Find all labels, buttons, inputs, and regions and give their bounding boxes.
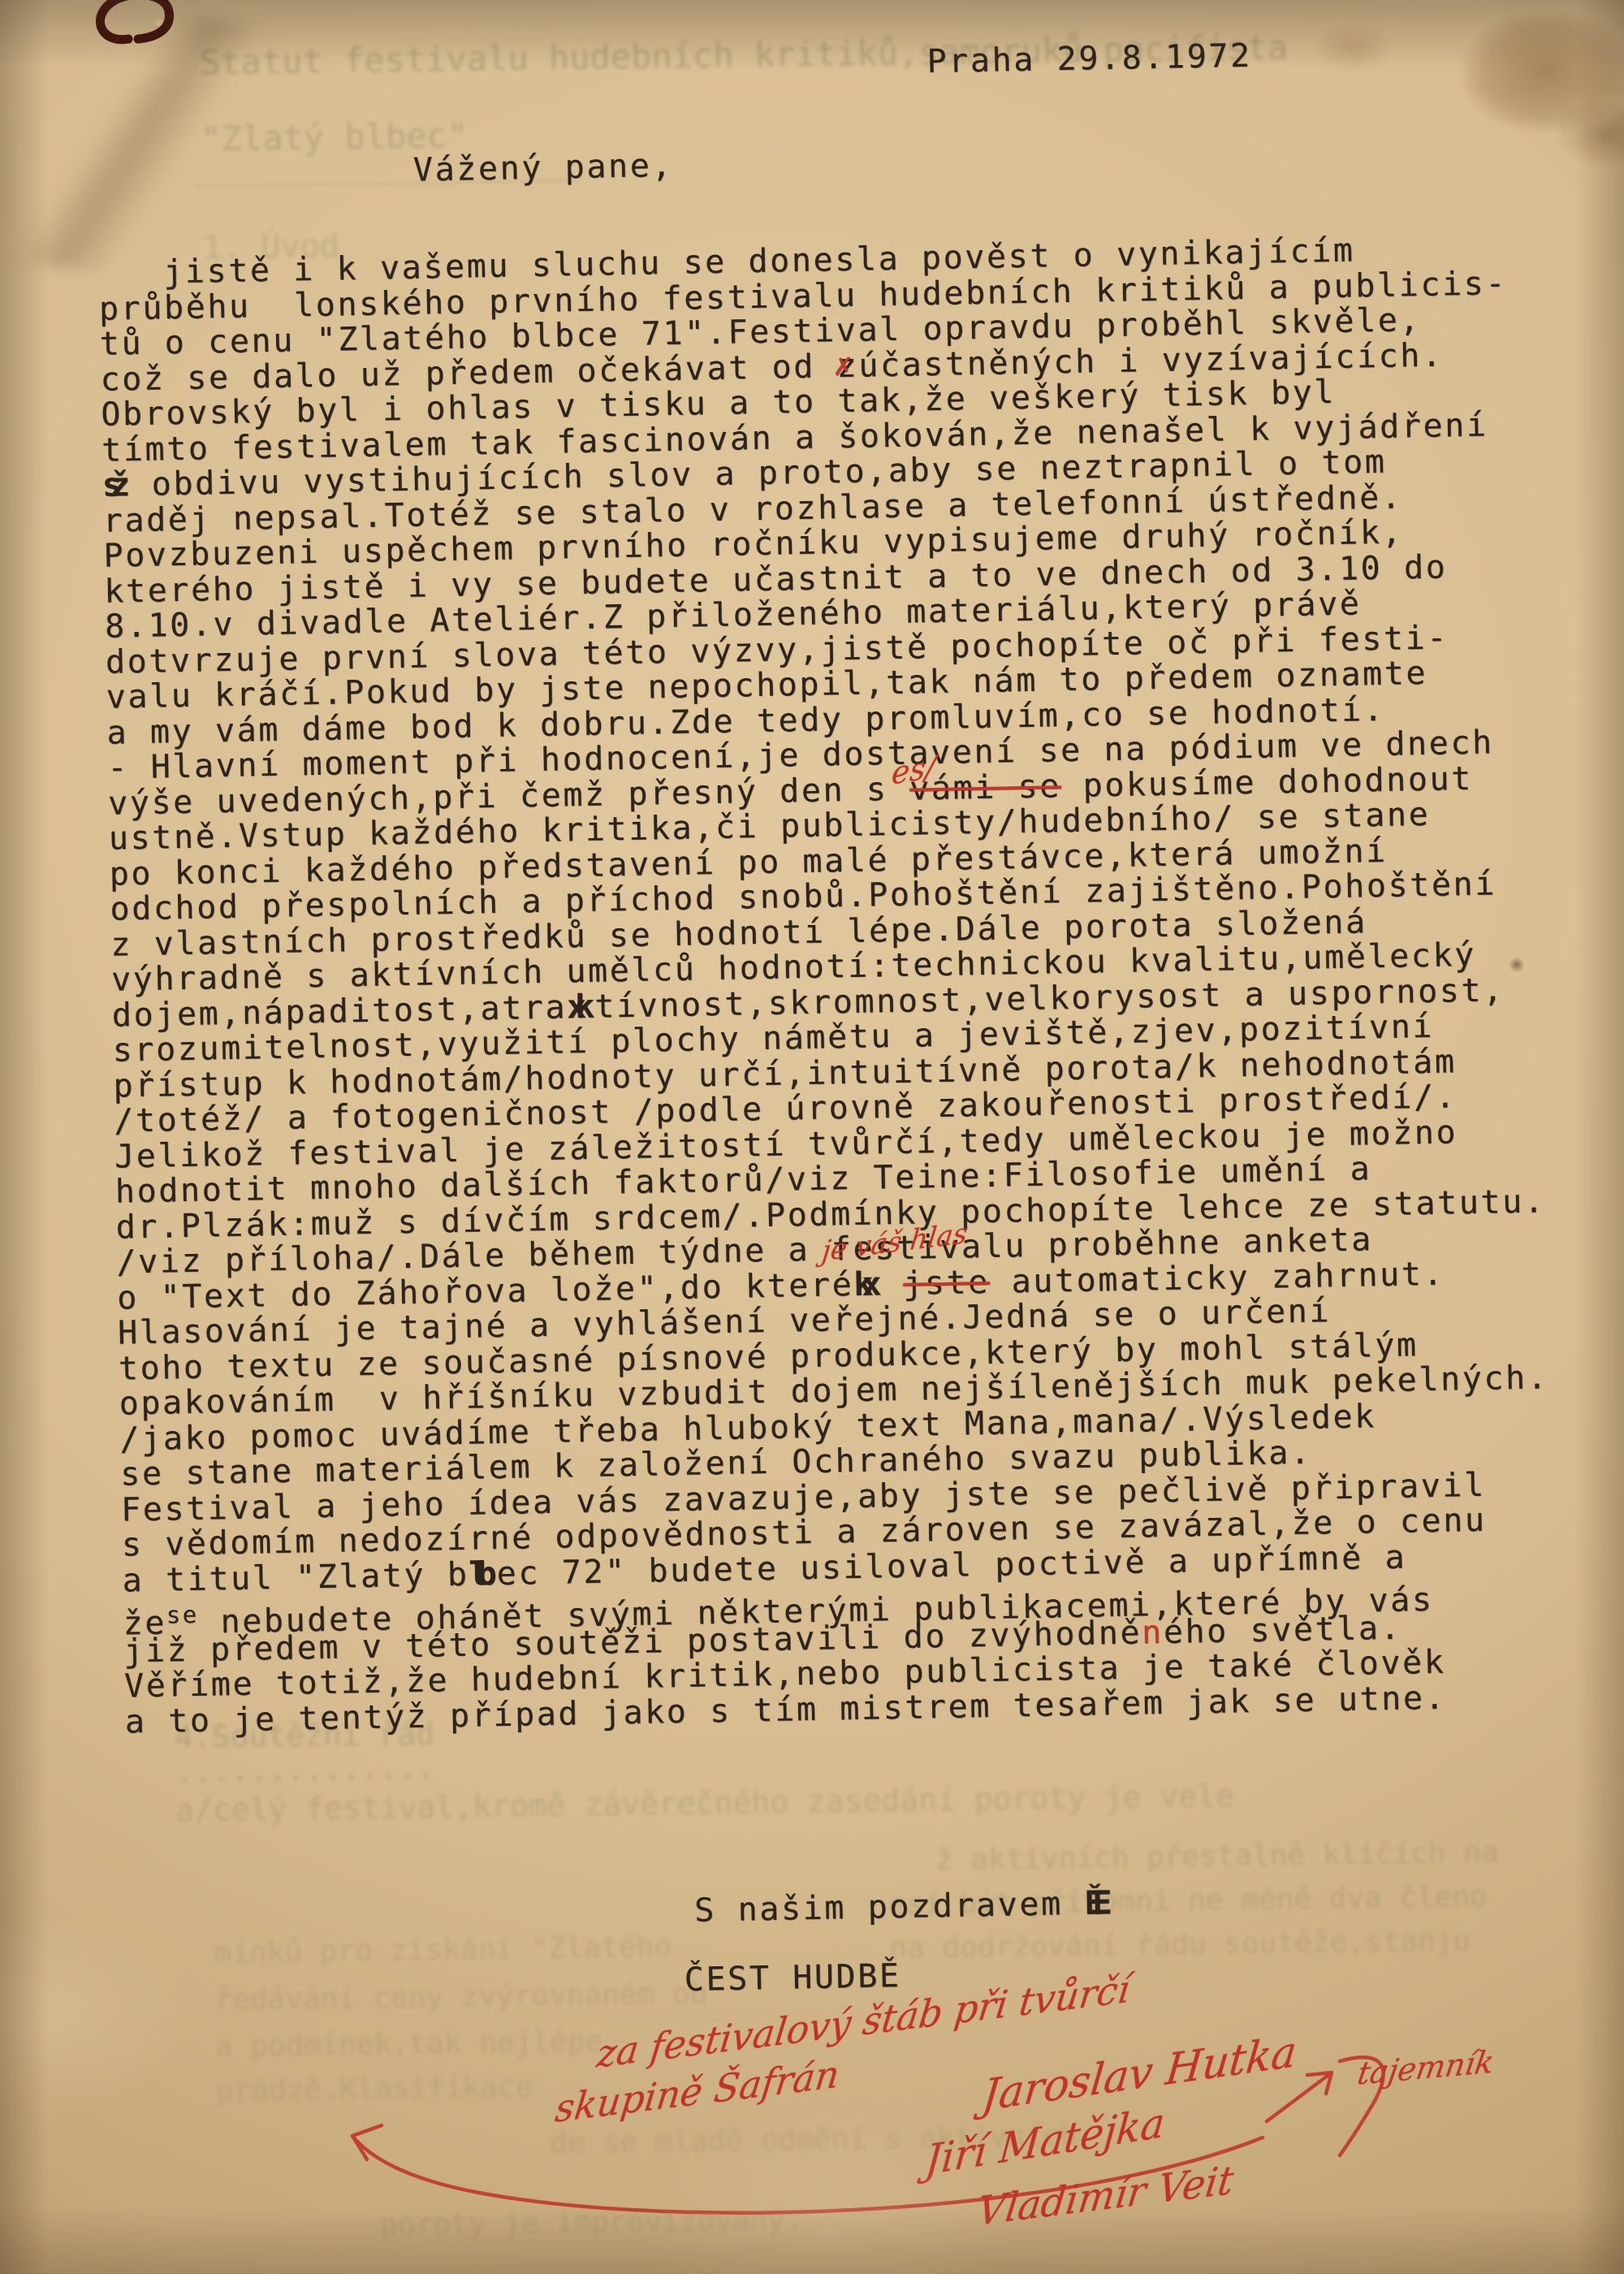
red-insert-je-vas-hlas: je váš hlas bbox=[820, 1217, 969, 1269]
letter-page: Statut festivalu hudebních kritiků,samor… bbox=[0, 0, 1624, 2274]
red-note-festival-staff: za festivalový štáb při tvůrčí bbox=[594, 1966, 1133, 2077]
red-note-tajemnik: tajemník bbox=[1355, 2043, 1497, 2091]
red-ink-layer: es/je váš hlasza festivalový štáb při tv… bbox=[0, 0, 1624, 2274]
red-insert-es: es/ bbox=[890, 748, 937, 792]
crease-shadow bbox=[0, 0, 278, 292]
